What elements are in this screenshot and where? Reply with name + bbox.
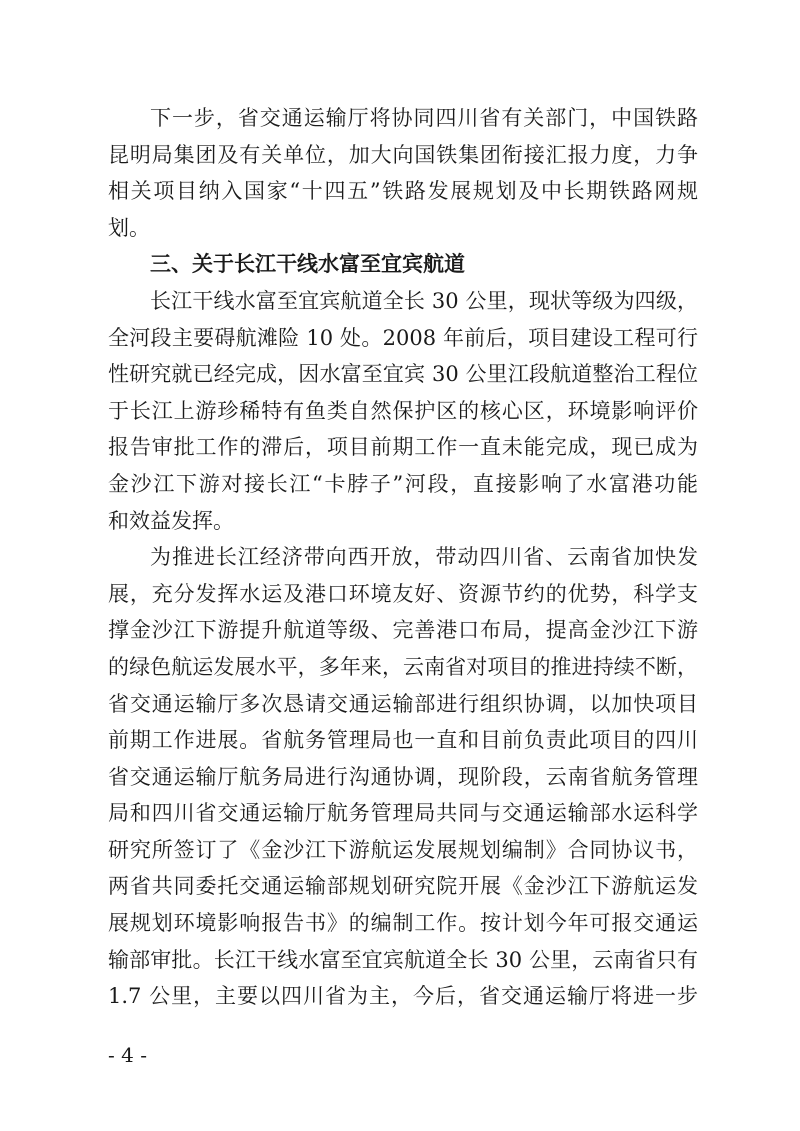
text-line: 和效益发挥。: [108, 503, 698, 540]
section-heading: 三、关于长江干线水富至宜宾航道: [108, 246, 698, 283]
text-line: 1.7 公里，主要以四川省为主，今后，省交通运输厅将进一步: [108, 978, 698, 1015]
text-line: 两省共同委托交通运输部规划研究院开展《金沙江下游航运发: [108, 868, 698, 905]
text-line: 的绿色航运发展水平，多年来，云南省对项目的推进持续不断，: [108, 649, 698, 686]
text-line: 为推进长江经济带向西开放，带动四川省、云南省加快发: [108, 539, 698, 576]
text-line: 性研究就已经完成，因水富至宜宾 30 公里江段航道整治工程位: [108, 356, 698, 393]
text-line: 下一步，省交通运输厅将协同四川省有关部门，中国铁路: [108, 100, 698, 137]
text-line: 省交通运输厅航务局进行沟通协调，现阶段，云南省航务管理: [108, 759, 698, 796]
text-line: 展，充分发挥水运及港口环境友好、资源节约的优势，科学支: [108, 576, 698, 613]
text-line: 相关项目纳入国家“十四五”铁路发展规划及中长期铁路网规: [108, 173, 698, 210]
page-number: - 4 -: [108, 1040, 147, 1070]
text-line: 长江干线水富至宜宾航道全长 30 公里，现状等级为四级，: [108, 283, 698, 320]
text-line: 昆明局集团及有关单位，加大向国铁集团衔接汇报力度，力争: [108, 137, 698, 174]
text-line: 报告审批工作的滞后，项目前期工作一直未能完成，现已成为: [108, 429, 698, 466]
text-line: 展规划环境影响报告书》的编制工作。按计划今年可报交通运: [108, 905, 698, 942]
text-line: 局和四川省交通运输厅航务管理局共同与交通运输部水运科学: [108, 795, 698, 832]
text-line: 研究所签订了《金沙江下游航运发展规划编制》合同协议书，: [108, 832, 698, 869]
text-line: 于长江上游珍稀特有鱼类自然保护区的核心区，环境影响评价: [108, 393, 698, 430]
text-line: 前期工作进展。省航务管理局也一直和目前负责此项目的四川: [108, 722, 698, 759]
text-line: 撑金沙江下游提升航道等级、完善港口布局，提高金沙江下游: [108, 612, 698, 649]
text-line: 全河段主要碍航滩险 10 处。2008 年前后，项目建设工程可行: [108, 320, 698, 357]
paragraph-waterway-progress: 为推进长江经济带向西开放，带动四川省、云南省加快发 展，充分发挥水运及港口环境友…: [108, 539, 698, 1015]
text-line: 划。: [108, 210, 698, 247]
text-line: 省交通运输厅多次恳请交通运输部进行组织协调，以加快项目: [108, 686, 698, 723]
paragraph-waterway-status: 长江干线水富至宜宾航道全长 30 公里，现状等级为四级， 全河段主要碍航滩险 1…: [108, 283, 698, 539]
document-page: 下一步，省交通运输厅将协同四川省有关部门，中国铁路 昆明局集团及有关单位，加大向…: [108, 100, 698, 1015]
paragraph-railway-next-step: 下一步，省交通运输厅将协同四川省有关部门，中国铁路 昆明局集团及有关单位，加大向…: [108, 100, 698, 246]
text-line: 金沙江下游对接长江“卡脖子”河段，直接影响了水富港功能: [108, 466, 698, 503]
text-line: 输部审批。长江干线水富至宜宾航道全长 30 公里，云南省只有: [108, 942, 698, 979]
